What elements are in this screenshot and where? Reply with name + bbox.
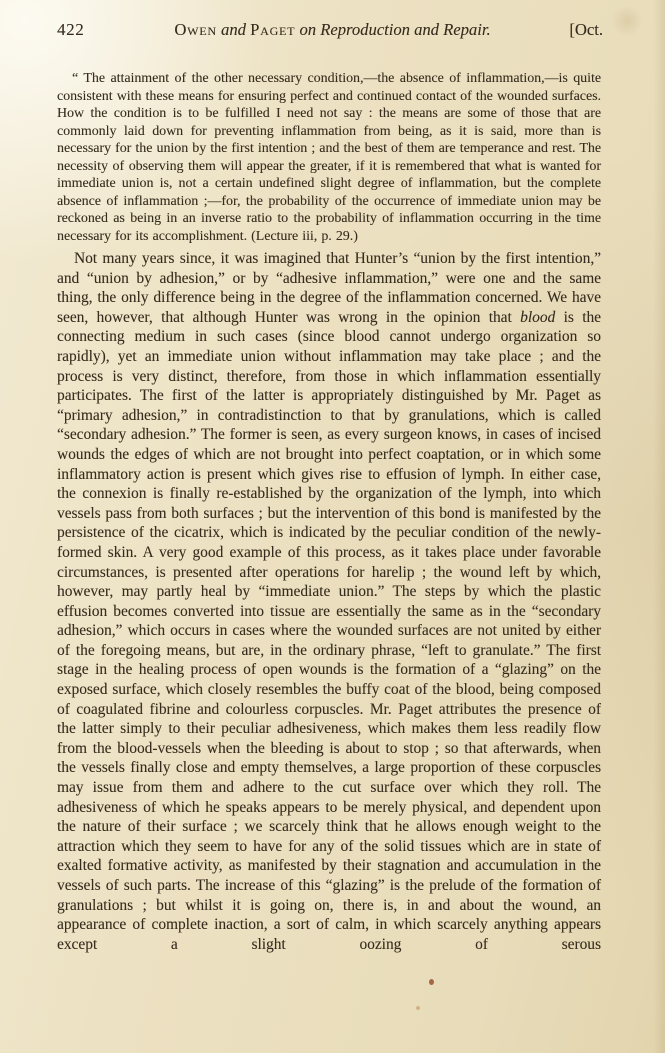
main-paragraph: Not many years since, it was imagined th… <box>57 249 601 954</box>
main-text-part2: is the connecting medium in such cases (… <box>57 309 601 953</box>
running-title-subject: on Reproduction and Repair. <box>295 20 490 39</box>
paper-smudge <box>610 6 644 36</box>
running-title-conjunction: and <box>217 20 250 39</box>
paper-speck <box>429 979 434 985</box>
book-page: 422 Owen and Paget on Reproduction and R… <box>0 0 665 1053</box>
paper-speck-faint <box>416 1006 420 1010</box>
running-title-author-paget: Paget <box>250 20 295 39</box>
issue-month-label: [Oct. <box>569 20 603 40</box>
page-header: 422 Owen and Paget on Reproduction and R… <box>0 0 665 44</box>
extract-paragraph: “ The attainment of the other necessary … <box>57 70 601 245</box>
page-number: 422 <box>57 20 84 40</box>
running-title: Owen and Paget on Reproduction and Repai… <box>100 20 565 40</box>
page-body: “ The attainment of the other necessary … <box>0 44 665 954</box>
extract-text: “ The attainment of the other necessary … <box>57 71 601 244</box>
main-italic-blood: blood <box>520 309 555 326</box>
running-title-author-owen: Owen <box>174 20 217 39</box>
